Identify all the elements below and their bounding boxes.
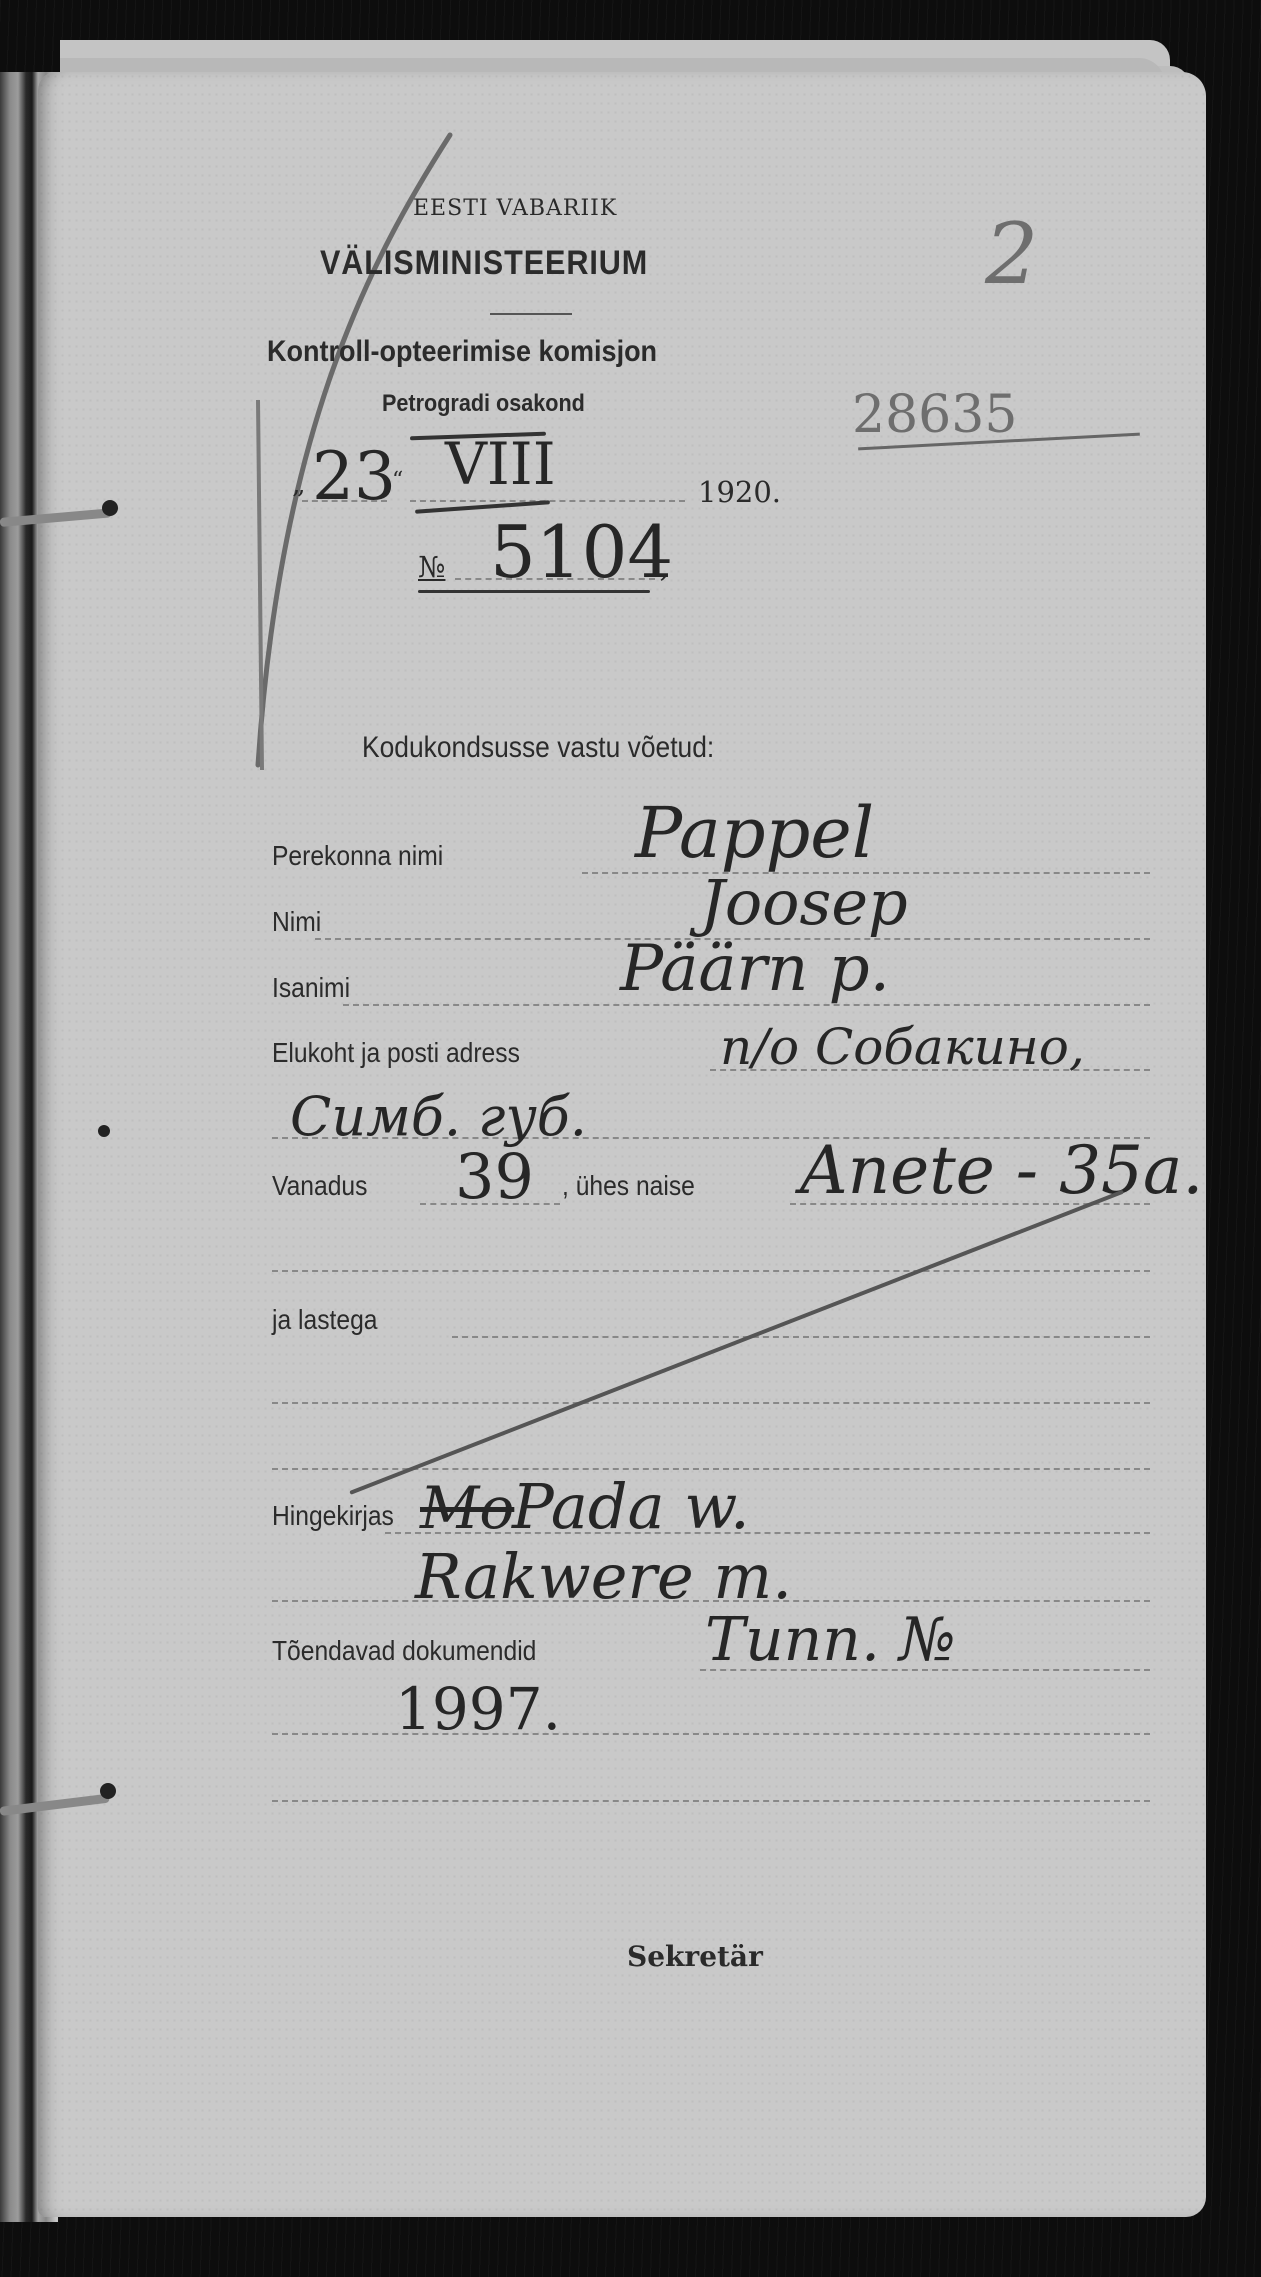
children-label: ja lastega (272, 1304, 377, 1336)
department-heading: Petrogradi osakond (382, 390, 585, 418)
parish-register-value-line1[interactable]: Pada w. (512, 1470, 750, 1543)
ministry-heading: VÄLISMINISTEERIUM (320, 244, 648, 283)
number-underline (418, 590, 650, 593)
age-label: Vanadus (272, 1170, 367, 1202)
surname-label: Perekonna nimi (272, 840, 443, 872)
documents-label: Tõendavad dokumendid (272, 1635, 536, 1667)
parish-register-label: Hingekirjas (272, 1500, 394, 1532)
date-year: 1920. (698, 475, 781, 509)
archive-number: 28635 (852, 385, 1017, 445)
header-divider (490, 313, 572, 315)
date-close-quote: “ (392, 468, 403, 493)
date-month: VIII (445, 430, 556, 498)
punch-hole (98, 1125, 110, 1137)
documents-field-line-3 (272, 1800, 1150, 1802)
number-trailing-mark: , (660, 550, 670, 585)
documents-value-line1[interactable]: Tunn. № (705, 1605, 956, 1675)
documents-value-line2[interactable]: 1997. (395, 1675, 561, 1743)
parish-register-struck-text: Mo (420, 1474, 514, 1542)
first-name-label: Nimi (272, 906, 321, 938)
string-knot (102, 500, 118, 516)
section-title: Kodukondsusse vastu võetud: (362, 731, 714, 765)
surname-value[interactable]: Pappel (635, 792, 874, 874)
number-label: № (418, 550, 445, 584)
children-field-line-1 (452, 1336, 1150, 1338)
patronymic-value[interactable]: Päärn p. (620, 932, 890, 1006)
with-wife-label: , ühes naise (562, 1170, 695, 1202)
address-value-line2[interactable]: Симб. губ. (290, 1085, 587, 1148)
date-day: 23 (312, 438, 396, 515)
patronymic-label: Isanimi (272, 972, 350, 1004)
date-open-quote: „ (292, 470, 305, 500)
secretary-signature-label: Sekretär (627, 1940, 763, 1973)
commission-heading: Kontroll-opteerimise komisjon (267, 335, 657, 369)
address-value-line1[interactable]: п/о Собакино, (720, 1018, 1085, 1076)
address-label: Elukoht ja posti adress (272, 1037, 520, 1069)
page-number-mark: 2 (985, 205, 1038, 303)
republic-heading: EESTI VABARIIK (413, 196, 617, 221)
registration-number: 5104 (490, 510, 673, 594)
parish-register-value-line2[interactable]: Rakwere m. (415, 1540, 792, 1613)
wife-value[interactable]: Anete - 35a. (800, 1132, 1203, 1209)
blank-field-line (272, 1270, 1150, 1272)
first-name-value[interactable]: Joosep (700, 866, 908, 939)
string-knot (100, 1783, 116, 1799)
children-field-line-2 (272, 1402, 1150, 1404)
age-value[interactable]: 39 (455, 1140, 534, 1213)
